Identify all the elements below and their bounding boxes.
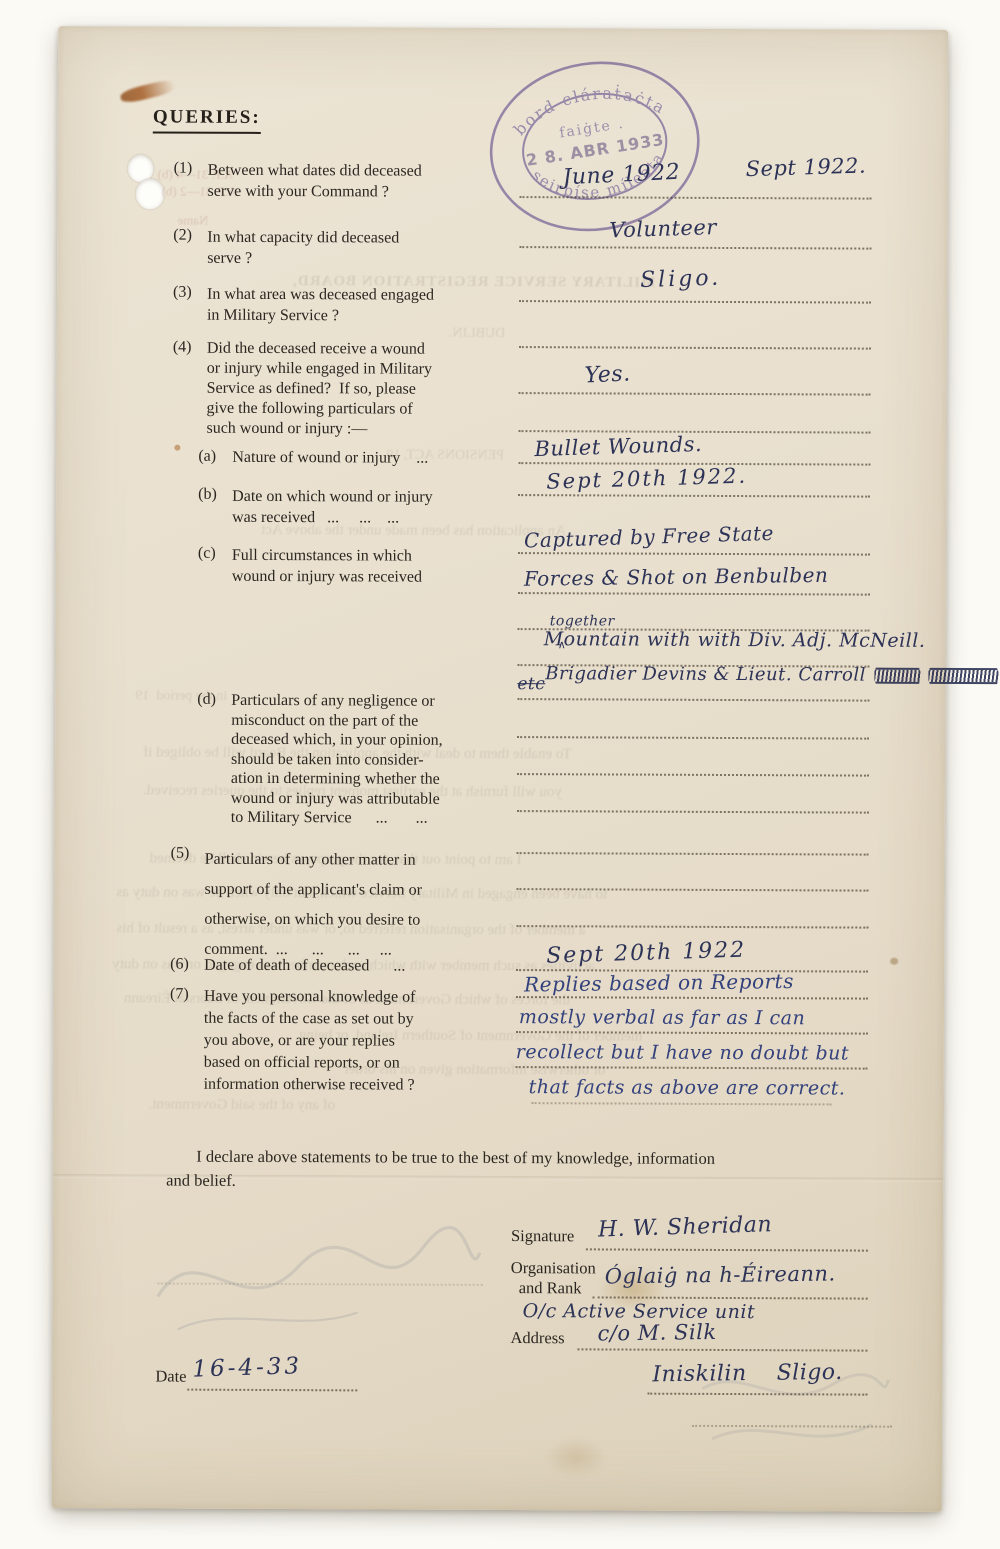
bleedthrough-signature-scrawl [147,1211,488,1342]
paper-speck [890,958,898,965]
query-text: In what area was deceased engaged in Mil… [207,284,434,327]
handwritten-answer: Sligo. [640,266,722,293]
query-text: Between what dates did deceased serve wi… [207,160,421,203]
date-value: 16-4-33 [192,1353,302,1382]
organisation-label: and Rank [519,1278,582,1298]
query-number: (7) [170,986,189,1004]
date-label: Date [155,1367,186,1387]
query-number: (c) [198,545,216,563]
query-number: (5) [171,845,190,863]
address-line [577,1348,867,1351]
query-number: (6) [170,956,189,974]
answer-line [519,300,871,304]
handwritten-answer: Forces & Shot on Benbulben [524,563,829,591]
answer-line [517,773,869,777]
query-text: Full circumstances in which wound or inj… [232,545,422,588]
organisation-label: Organisation [511,1258,596,1278]
answer-line [517,852,869,856]
organisation-value-2: O/c Active Service unit [523,1300,756,1323]
query-text: Particulars of any other matter in suppo… [204,845,422,966]
query-text: Date on which wound or injury was receiv… [232,486,433,529]
handwritten-answer: Bullet Wounds. [534,432,702,461]
signature-value: H. W. Sheridan [598,1212,773,1242]
handwritten-answer: Sept 20th 1922 [546,938,747,969]
query-text: In what capacity did deceased serve ? [207,227,399,270]
handwritten-answer: mostly verbal as far as I can [519,1006,805,1029]
answer-line [519,246,871,250]
address-value-2: Iniskilin Sligo. [652,1360,843,1387]
organisation-line [593,1296,868,1299]
paper-stain [544,1436,608,1478]
query-text: Have you personal knowledge of the facts… [204,986,416,1097]
page-title: QUERIES: [153,106,261,133]
handwritten-answer: Volunteer [609,215,717,242]
handwritten-answer: Replies based on Reports [524,969,794,997]
scan-background: MILITARY SERVICE REGISTRATION BOARD, DUB… [0,0,1000,1549]
answer-line [532,1102,832,1105]
scribbled-out-words [874,670,920,682]
answer-line [517,736,869,740]
signature-label: Signature [511,1226,574,1246]
answer-line [517,810,869,814]
query-number: (2) [173,227,192,245]
answer-line [518,592,870,596]
address-value: c/o M. Silk [597,1320,716,1346]
query-number: (1) [174,160,193,178]
answer-line [518,494,870,498]
signature-line [586,1248,868,1251]
query-text: Particulars of any negligence or miscond… [231,691,443,828]
query-number: (4) [173,339,192,357]
ink-stain [119,78,177,105]
handwritten-answer: etc [517,674,545,694]
declaration-text: I declare above statements to be true to… [166,1145,892,1196]
query-number: (b) [198,486,217,504]
handwritten-answer: Sept 20th 1922. [546,464,747,494]
paper-speck [174,445,180,451]
handwritten-answer: that facts as above are correct. [529,1076,846,1099]
inserted-word: together [550,613,615,629]
answer-line [519,392,871,396]
scribbled-out-words [928,670,998,682]
document-paper: MILITARY SERVICE REGISTRATION BOARD, DUB… [52,26,948,1512]
query-number: (3) [173,284,192,302]
query-text: Nature of wound or injury ... [232,448,428,469]
query-number: (d) [197,691,216,709]
date-line [187,1389,357,1392]
bleedthrough-text: DUBLIN. [449,326,506,342]
address-label: Address [510,1328,564,1348]
query-text: Did the deceased receive a wound or inju… [206,339,432,440]
organisation-value: Óglaiġ na h-Éireann. [605,1261,836,1288]
query-number: (a) [198,448,216,466]
handwritten-answer: Sept 1922. [745,153,866,181]
punch-hole [135,178,164,209]
answer-line [518,552,870,556]
handwritten-answer: Yes. [584,361,631,388]
query-text: Date of death of deceased ... [204,956,405,977]
answer-line [519,346,871,350]
bleedthrough-text: of any of the said Government. [148,1096,335,1114]
handwritten-answer: recollect but I have no doubt but [516,1041,849,1064]
